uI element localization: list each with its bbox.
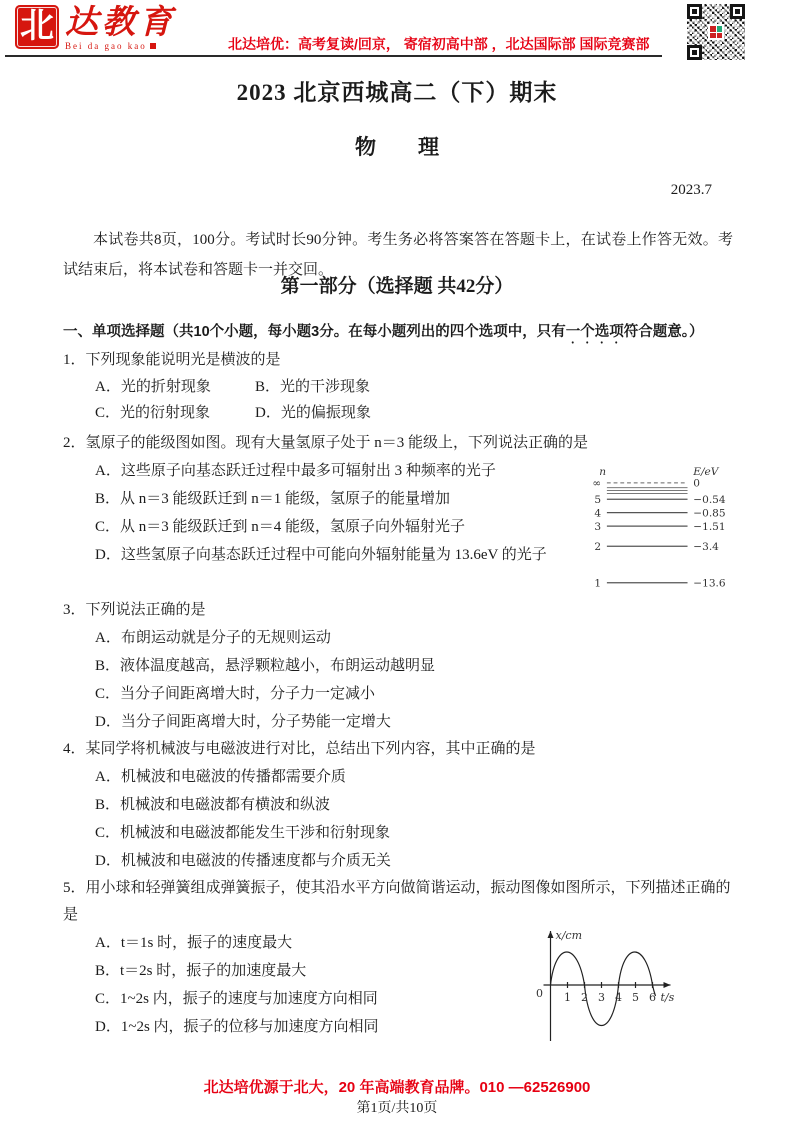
qr-finder-icon	[687, 4, 702, 19]
question-3-stem: 3．下列说法正确的是	[63, 597, 745, 624]
level-e-34: −3.4	[693, 541, 719, 553]
level-n-5: 5	[594, 494, 601, 506]
tick-2: 2	[581, 991, 588, 1004]
section1-emphasized: 一个选项	[566, 324, 624, 340]
logo-brand-text: 达教育	[65, 5, 176, 41]
logo-text-block: 达教育 Bei da gao kao	[65, 5, 176, 51]
option-a: A．光的折射现象	[95, 374, 255, 400]
option-d: D．1~2s 内，振子的位移与加速度方向相同	[95, 1013, 520, 1041]
option-c: C．机械波和电磁波都能发生干涉和衍射现象	[95, 819, 745, 847]
level-e-085: −0.85	[693, 507, 725, 519]
option-c: C．光的衍射现象	[95, 400, 255, 426]
page-header: 北 达教育 Bei da gao kao 北达培优：高考复读/回京， 寄宿初高中…	[0, 4, 794, 60]
option-b: B．t＝2s 时，振子的加速度最大	[95, 957, 520, 985]
tick-1: 1	[564, 991, 571, 1004]
question-2-options: A．这些原子向基态跃迁过程中最多可辐射出 3 种频率的光子 B．从 n＝3 能级…	[95, 457, 580, 569]
option-c: C．1~2s 内，振子的速度与加速度方向相同	[95, 985, 520, 1013]
option-a: A．这些原子向基态跃迁过程中最多可辐射出 3 种频率的光子	[95, 457, 580, 485]
option-b: B．从 n＝3 能级跃迁到 n＝1 能级，氢原子的能量增加	[95, 485, 580, 513]
option-a: A．t＝1s 时，振子的速度最大	[95, 929, 520, 957]
exam-title: 2023 北京西城高二（下）期末	[0, 74, 794, 107]
beida-logo: 北 达教育 Bei da gao kao	[15, 5, 176, 51]
option-d: D．机械波和电磁波的传播速度都与介质无关	[95, 847, 745, 875]
option-c: C．当分子间距离增大时，分子力一定减小	[95, 680, 745, 708]
tick-4: 4	[615, 991, 622, 1004]
x-axis-label: t/s	[661, 991, 675, 1004]
exam-date: 2023.7	[0, 182, 712, 199]
x-axis-arrow-icon	[664, 982, 671, 988]
level-e-0: 0	[693, 478, 700, 490]
footer-page-number: 第1页/共10页	[0, 1097, 794, 1117]
header-slogan: 北达培优：高考复读/回京， 寄宿初高中部 ，北达国际部 国际竞赛部	[228, 34, 678, 54]
question-4-stem: 4．某同学将机械波与电磁波进行对比，总结出下列内容，其中正确的是	[63, 736, 745, 763]
level-n-4: 4	[594, 507, 601, 519]
question-2-stem: 2．氢原子的能级图如图。现有大量氢原子处于 n＝3 能级上，下列说法正确的是	[63, 430, 745, 457]
tick-3: 3	[598, 991, 605, 1004]
logo-subtitle-text: Bei da gao kao	[65, 41, 147, 51]
question-list: 1．下列现象能说明光是横波的是 A．光的折射现象 B．光的干涉现象 C．光的衍射…	[63, 347, 745, 1048]
qr-finder-icon	[687, 45, 702, 60]
level-n-infinity: ∞	[592, 478, 601, 490]
question-3: 3．下列说法正确的是 A．布朗运动就是分子的无规则运动 B．液体温度越高，悬浮颗…	[63, 597, 745, 736]
question-4-options: A．机械波和电磁波的传播都需要介质 B．机械波和电磁波都有横波和纵波 C．机械波…	[95, 763, 745, 875]
option-d: D．光的偏振现象	[255, 400, 745, 426]
tick-6: 6	[649, 991, 656, 1004]
header-divider	[5, 55, 662, 57]
y-axis-arrow-icon	[548, 931, 554, 938]
question-5-options: A．t＝1s 时，振子的速度最大 B．t＝2s 时，振子的加速度最大 C．1~2…	[95, 929, 520, 1041]
option-c: C．从 n＝3 能级跃迁到 n＝4 能级，氢原子向外辐射光子	[95, 513, 580, 541]
level-n-2: 2	[594, 541, 601, 553]
axis-label-n: n	[599, 466, 606, 478]
logo-dot-icon	[150, 43, 156, 49]
footer-promo: 北达培优源于北大，20 年高端教育品牌。010 —62526900	[0, 1076, 794, 1097]
question-1-stem: 1．下列现象能说明光是横波的是	[63, 347, 745, 374]
option-b: B．光的干涉现象	[255, 374, 745, 400]
exam-paper-page: { "header": { "logo_seal": "北", "logo_te…	[0, 0, 794, 1123]
part1-heading: 第一部分（选择题 共42分）	[0, 271, 794, 298]
energy-level-diagram: n E/eV ∞ 5 4 3 2 1 0 −0.54 −0.85	[580, 459, 745, 597]
level-e-151: −1.51	[693, 521, 725, 533]
logo-seal-icon: 北	[15, 5, 59, 49]
question-4: 4．某同学将机械波与电磁波进行对比，总结出下列内容，其中正确的是 A．机械波和电…	[63, 736, 745, 875]
y-axis-label: x/cm	[556, 929, 583, 942]
option-a: A．布朗运动就是分子的无规则运动	[95, 624, 745, 652]
section1-heading: 一、单项选择题（共10个小题，每小题3分。在每小题列出的四个选项中，只有一个选项…	[63, 321, 753, 347]
logo-subtitle: Bei da gao kao	[65, 41, 176, 51]
exam-subject: 物 理	[0, 131, 794, 161]
vibration-graph: x/cm 0 1 2 3 4 5 6 t/s	[526, 923, 691, 1048]
level-n-3: 3	[594, 521, 601, 533]
option-d: D．这些氢原子向基态跃迁过程中可能向外辐射能量为 13.6eV 的光子	[95, 541, 580, 569]
level-e-054: −0.54	[693, 494, 726, 506]
tick-5: 5	[632, 991, 639, 1004]
question-2: 2．氢原子的能级图如图。现有大量氢原子处于 n＝3 能级上，下列说法正确的是 A…	[63, 430, 745, 597]
section1-pre: 一、单项选择题（共10个小题，每小题3分。在每小题列出的四个选项中，只有	[63, 324, 566, 340]
level-e-136: −13.6	[693, 578, 726, 590]
option-a: A．机械波和电磁波的传播都需要介质	[95, 763, 745, 791]
question-1: 1．下列现象能说明光是横波的是 A．光的折射现象 B．光的干涉现象 C．光的衍射…	[63, 347, 745, 426]
qr-center-logo-icon	[708, 24, 724, 40]
level-n-1: 1	[594, 578, 601, 590]
origin-label: 0	[536, 987, 543, 1000]
section1-post: 符合题意。）	[624, 324, 704, 340]
qr-finder-icon	[730, 4, 745, 19]
option-b: B．液体温度越高，悬浮颗粒越小，布朗运动越明显	[95, 652, 745, 680]
question-1-options: A．光的折射现象 B．光的干涉现象 C．光的衍射现象 D．光的偏振现象	[95, 374, 745, 426]
axis-label-e: E/eV	[692, 466, 719, 478]
option-d: D．当分子间距离增大时，分子势能一定增大	[95, 708, 745, 736]
question-5: 5．用小球和轻弹簧组成弹簧振子，使其沿水平方向做简谐运动，振动图像如图所示，下列…	[63, 875, 745, 1048]
option-b: B．机械波和电磁波都有横波和纵波	[95, 791, 745, 819]
question-5-stem: 5．用小球和轻弹簧组成弹簧振子，使其沿水平方向做简谐运动，振动图像如图所示，下列…	[63, 875, 745, 929]
qr-code	[687, 4, 745, 60]
question-3-options: A．布朗运动就是分子的无规则运动 B．液体温度越高，悬浮颗粒越小，布朗运动越明显…	[95, 624, 745, 736]
